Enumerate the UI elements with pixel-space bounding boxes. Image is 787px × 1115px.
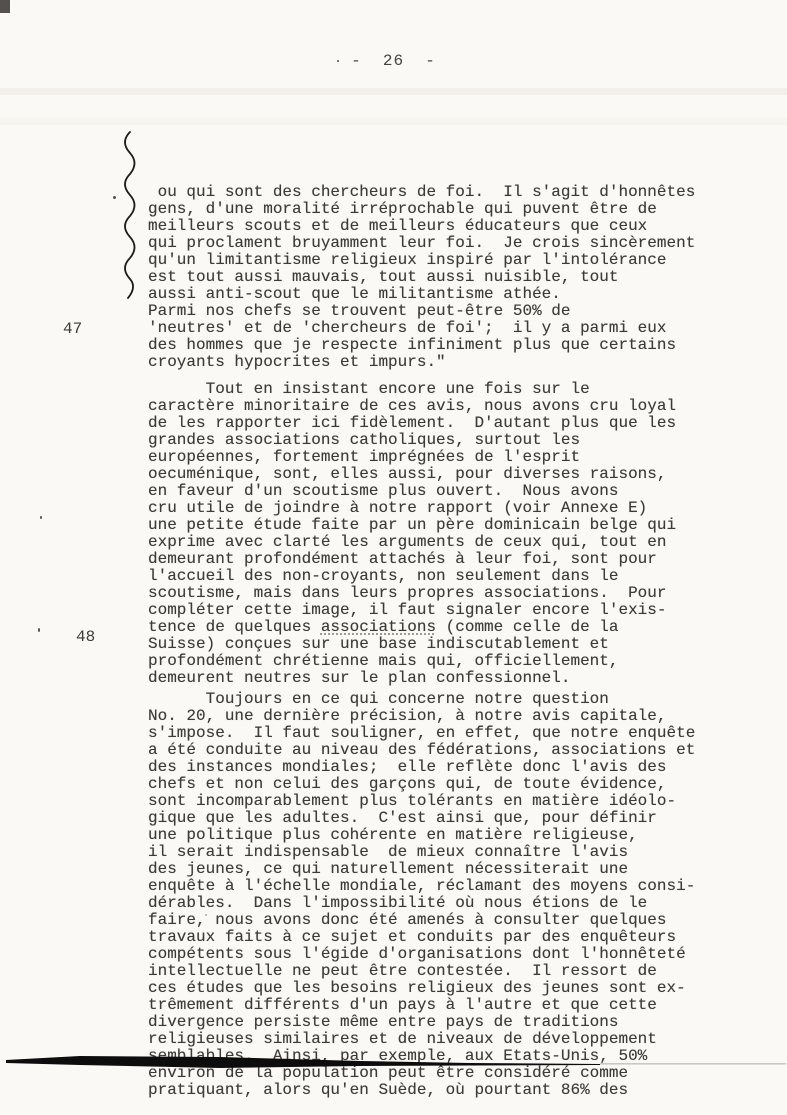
scanned-document-page: - 26 - 47 48 ou qui sont des chercheurs … (0, 0, 787, 1115)
text-line: oecuménique, sont, elles aussi, pour div… (148, 466, 748, 483)
text-line: scoutisme, mais dans leurs propres assoc… (148, 585, 748, 602)
text-line: a été conduite au niveau des fédérations… (148, 742, 748, 759)
margin-squiggle-mark (116, 130, 142, 302)
text-line: Toujours en ce qui concerne notre questi… (148, 691, 748, 708)
scan-streak (0, 118, 787, 125)
text-line: demeurant profondément attachés à leur f… (148, 551, 748, 568)
bottom-scan-bar (0, 1050, 787, 1076)
underline-annotation: associations (321, 618, 436, 636)
text-line: travaux faits à ce sujet et conduits par… (148, 929, 748, 946)
text-line: ces études que les besoins religieux des… (148, 980, 748, 997)
text-line: religieuses similaires et de niveaux de … (148, 1031, 748, 1048)
paper-speck (38, 628, 40, 632)
text-line: en faveur d'un scoutisme plus ouvert. No… (148, 483, 748, 500)
text-line: trêmement différents d'un pays à l'autre… (148, 997, 748, 1014)
text-line: cru utile de joindre à notre rapport (vo… (148, 500, 748, 517)
paper-speck (337, 60, 339, 62)
text-line: tence de quelques associations (comme ce… (148, 619, 748, 636)
section-number-48: 48 (76, 628, 95, 646)
text-line: s'impose. Il faut souligner, en effet, q… (148, 725, 748, 742)
text-line: est tout aussi mauvais, tout aussi nuisi… (148, 269, 748, 286)
text-line: chefs et non celui des garçons qui, de t… (148, 776, 748, 793)
text-line: gique que les adultes. C'est ainsi que, … (148, 810, 748, 827)
paper-speck (205, 914, 207, 916)
text-line: Parmi nos chefs se trouvent peut-être 50… (148, 303, 748, 320)
text-line: grandes associations catholiques, surtou… (148, 432, 748, 449)
page-number: - 26 - (0, 52, 787, 70)
text-line: meilleurs scouts et de meilleurs éducate… (148, 218, 748, 235)
paragraph-p48: Toujours en ce qui concerne notre questi… (148, 640, 748, 1099)
text-line: sont incomparablement plus tolérants en … (148, 793, 748, 810)
text-line: qui proclament bruyamment leur foi. Je c… (148, 235, 748, 252)
text-line: intellectuelle ne peut être contestée. I… (148, 963, 748, 980)
text-line: faire, nous avons donc été amenés à cons… (148, 912, 748, 929)
text-line: des instances mondiales; elle reflète do… (148, 759, 748, 776)
text-line: Tout en insistant encore une fois sur le (148, 381, 748, 398)
text-line: compléter cette image, il faut signaler … (148, 602, 748, 619)
paper-speck (113, 196, 116, 199)
text-line: une petite étude faite par un père domin… (148, 517, 748, 534)
text-line: enquête à l'échelle mondiale, réclamant … (148, 878, 748, 895)
text-line: qu'un limitantisme religieux inspiré par… (148, 252, 748, 269)
text-line: européennes, fortement imprégnées de l'e… (148, 449, 748, 466)
text-line: de les rapporter ici fidèlement. D'autan… (148, 415, 748, 432)
text-line: No. 20, une dernière précision, à notre … (148, 708, 748, 725)
text-line: dérables. Dans l'impossibilité où nous é… (148, 895, 748, 912)
scan-streak (0, 88, 787, 95)
text-line: des jeunes, ce qui naturellement nécessi… (148, 861, 748, 878)
text-line: l'accueil des non-croyants, non seulemen… (148, 568, 748, 585)
text-line: il serait indispensable de mieux connaît… (148, 844, 748, 861)
text-line: exprime avec clarté les arguments de ceu… (148, 534, 748, 551)
section-number-47: 47 (63, 320, 82, 338)
text-line: une politique plus cohérente en matière … (148, 827, 748, 844)
text-line: caractère minoritaire de ces avis, nous … (148, 398, 748, 415)
text-line: gens, d'une moralité irréprochable qui p… (148, 201, 748, 218)
corner-scan-mark (0, 0, 10, 13)
text-line: aussi anti-scout que le militantisme ath… (148, 286, 748, 303)
paper-speck (40, 516, 42, 519)
text-line: pratiquant, alors qu'en Suède, où pourta… (148, 1082, 748, 1099)
text-line: divergence persiste même entre pays de t… (148, 1014, 748, 1031)
paragraph-p47: Tout en insistant encore une fois sur le… (148, 330, 748, 687)
text-line: ou qui sont des chercheurs de foi. Il s'… (148, 184, 748, 201)
text-line: compétents sous l'égide d'organisations … (148, 946, 748, 963)
